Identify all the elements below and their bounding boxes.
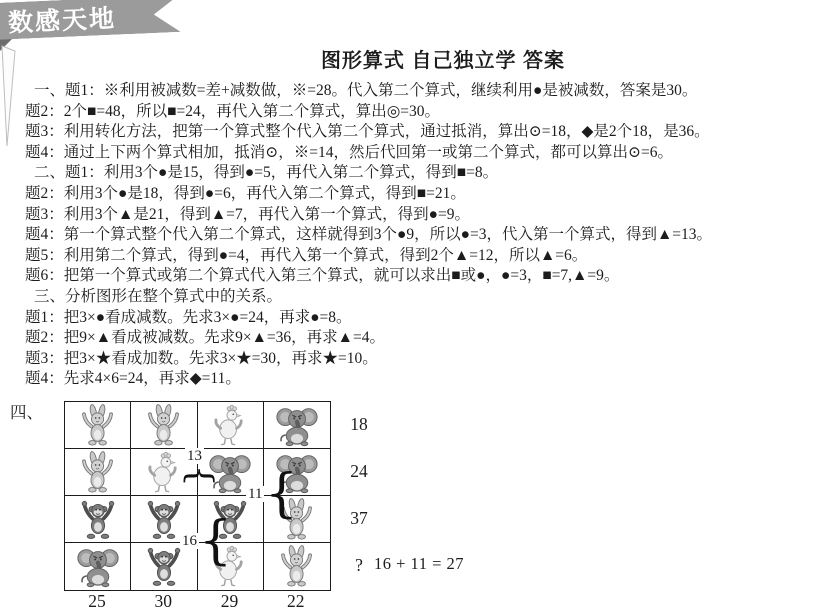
- worksheet-page: 数感天地 图形算式 自己独立学 答案 一、题1：※利用被减数=差+减数做，※=2…: [0, 0, 826, 613]
- answer-line: 题4：通过上下两个算式相加，抵消⊙，※=14，然后代回第一或第二个算式，都可以算…: [25, 143, 821, 164]
- answers-block: 一、题1：※利用被减数=差+减数做，※=28。代入第二个算式，继续利用●是被减数…: [25, 81, 821, 390]
- grid-cell: [65, 449, 131, 496]
- monkey-icon: [75, 498, 121, 541]
- elephant-icon: [75, 545, 121, 588]
- answer-line: 题4：第一个算式整个代入第二个算式，这样就得到3个●9，所以●=3，代入第一个算…: [25, 225, 821, 246]
- rabbit-icon: [141, 404, 187, 447]
- answer-line: 题2：2个■=48，所以■=24，再代入第二个算式，算出◎=30。: [25, 102, 821, 123]
- col-total: 30: [130, 591, 196, 612]
- col-totals: 25302922: [64, 591, 330, 613]
- grid-cell: [264, 543, 330, 590]
- answer-line: 题4：先求4×6=24，再求◆=11。: [25, 369, 821, 390]
- answer-equation: 16 + 11 = 27: [374, 554, 464, 574]
- grid-cell: [131, 402, 197, 449]
- answer-line: 题3：利用3个▲是21，得到▲=7，再代入第一个算式，得到●=9。: [25, 205, 821, 226]
- answer-line: 题6：把第一个算式或第二个算式代入第三个算式，就可以求出■或●，●=3，■=7,…: [25, 266, 821, 287]
- rabbit-icon: [75, 451, 121, 494]
- vertical-brace-icon: {: [265, 468, 283, 520]
- row-totals: 182437?: [339, 401, 379, 589]
- grid-cell: [198, 402, 264, 449]
- brace-label-13: 13: [185, 448, 204, 464]
- col-total: 25: [64, 591, 130, 612]
- section-4-label: 四、: [10, 399, 43, 423]
- row-total: 18: [339, 401, 379, 448]
- banner-text: 数感天地: [7, 0, 116, 39]
- monkey-icon: [141, 545, 187, 588]
- answer-line: 题2：利用3个●是18，得到●=6，再代入第二个算式，得到■=21。: [25, 184, 821, 205]
- grid-cell: [264, 402, 330, 449]
- answer-line: 题3：利用转化方法，把第一个算式整个代入第二个算式，通过抵消，算出⊙=18，◆是…: [25, 122, 821, 143]
- banner-ribbon: 数感天地: [0, 0, 181, 40]
- chicken-icon: [207, 404, 253, 447]
- page-title: 图形算式 自己独立学 答案: [110, 44, 776, 73]
- col-total: 29: [197, 591, 263, 612]
- answer-line: 二、题1：利用3个●是15，得到●=5，再代入第二个算式，得到■=8。: [25, 163, 821, 184]
- vertical-brace-icon: {: [199, 515, 217, 567]
- brace-label-11: 11: [246, 486, 264, 502]
- rabbit-icon: [274, 545, 320, 588]
- answer-line: 题2：把9×▲看成被减数。先求9×▲=36，再求▲=4。: [25, 328, 821, 349]
- grid-cell: [131, 543, 197, 590]
- grid-cell: [65, 496, 131, 543]
- brace-label-16: 16: [180, 533, 199, 549]
- grid-cell: [65, 402, 131, 449]
- answer-line: 题3：把3×★看成加数。先求3×★=30，再求★=10。: [25, 349, 821, 370]
- answer-line: 一、题1：※利用被减数=差+减数做，※=28。代入第二个算式，继续利用●是被减数…: [25, 81, 821, 102]
- rabbit-icon: [75, 404, 121, 447]
- horizontal-brace-icon: {: [183, 465, 217, 479]
- row-total: 24: [339, 448, 379, 495]
- grid-cell: [65, 543, 131, 590]
- row-total: 37: [339, 495, 379, 542]
- answer-line: 题5：利用第二个算式，得到●=4，再代入第一个算式，得到2个▲=12，所以▲=6…: [25, 246, 821, 267]
- answer-line: 题1：把3×●看成减数。先求3×●=24，再求●=8。: [25, 308, 821, 329]
- answer-line: 三、分析图形在整个算式中的关系。: [25, 287, 821, 308]
- flag-pole-icon: [0, 44, 18, 148]
- row-total: ?: [339, 542, 379, 589]
- col-total: 22: [263, 591, 329, 612]
- elephant-icon: [274, 404, 320, 447]
